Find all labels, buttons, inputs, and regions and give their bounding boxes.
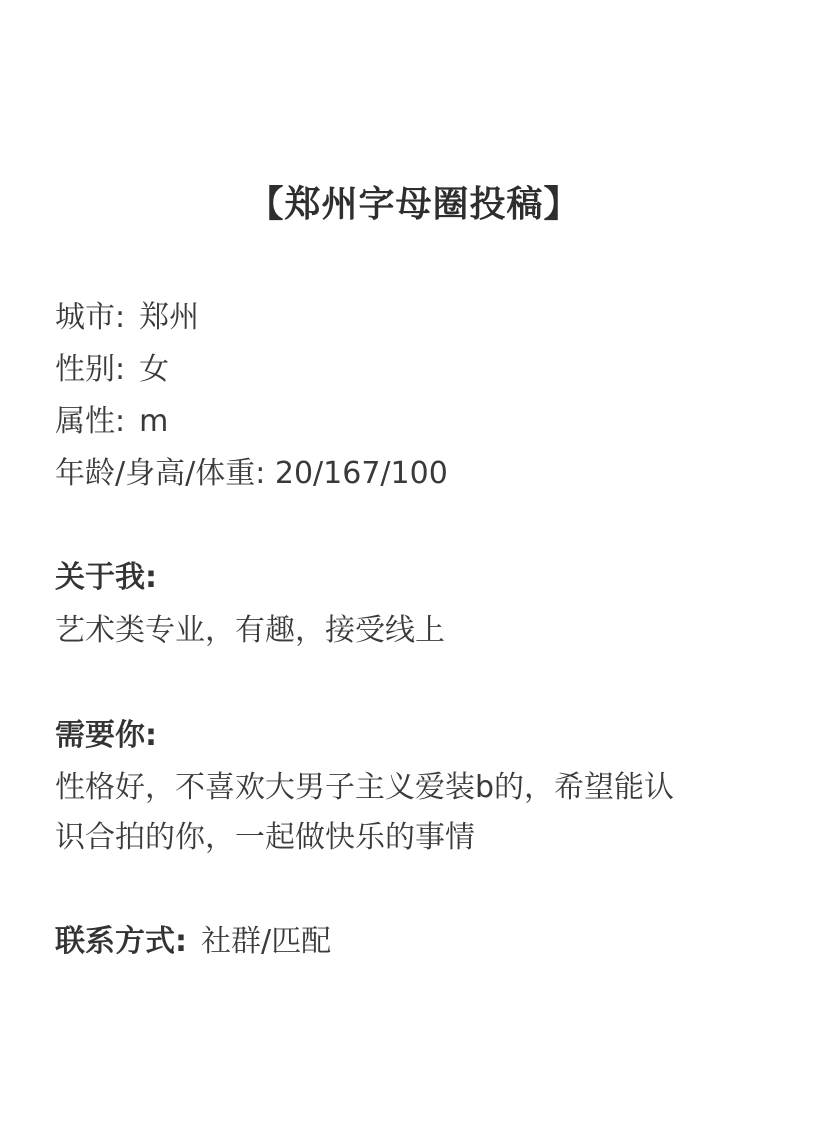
city-row: 城市:郑州: [55, 298, 199, 338]
need-text-line-2: 识合拍的你，一起做快乐的事情: [55, 818, 475, 858]
city-value: 郑州: [139, 300, 199, 335]
attribute-value: m: [139, 404, 168, 439]
stats-label: 年龄/身高/体重:: [55, 456, 265, 491]
stats-row: 年龄/身高/体重: 20/167/100: [55, 454, 448, 494]
contact-value: 社群/匹配: [201, 924, 331, 959]
gender-label: 性别:: [55, 352, 125, 387]
need-heading: 需要你:: [55, 716, 157, 756]
contact-row: 联系方式:社群/匹配: [55, 922, 331, 962]
gender-value: 女: [139, 352, 169, 387]
city-label: 城市:: [55, 300, 125, 335]
attribute-row: 属性:m: [55, 402, 168, 442]
stats-value: 20/167/100: [275, 456, 448, 491]
about-text: 艺术类专业，有趣，接受线上: [55, 611, 445, 651]
post-title: 【郑州字母圈投稿】: [0, 176, 828, 227]
contact-label: 联系方式:: [55, 924, 187, 959]
about-heading: 关于我:: [55, 558, 157, 598]
attribute-label: 属性:: [55, 404, 125, 439]
need-text-line-1: 性格好，不喜欢大男子主义爱装b的，希望能认: [55, 768, 674, 808]
gender-row: 性别:女: [55, 350, 169, 390]
